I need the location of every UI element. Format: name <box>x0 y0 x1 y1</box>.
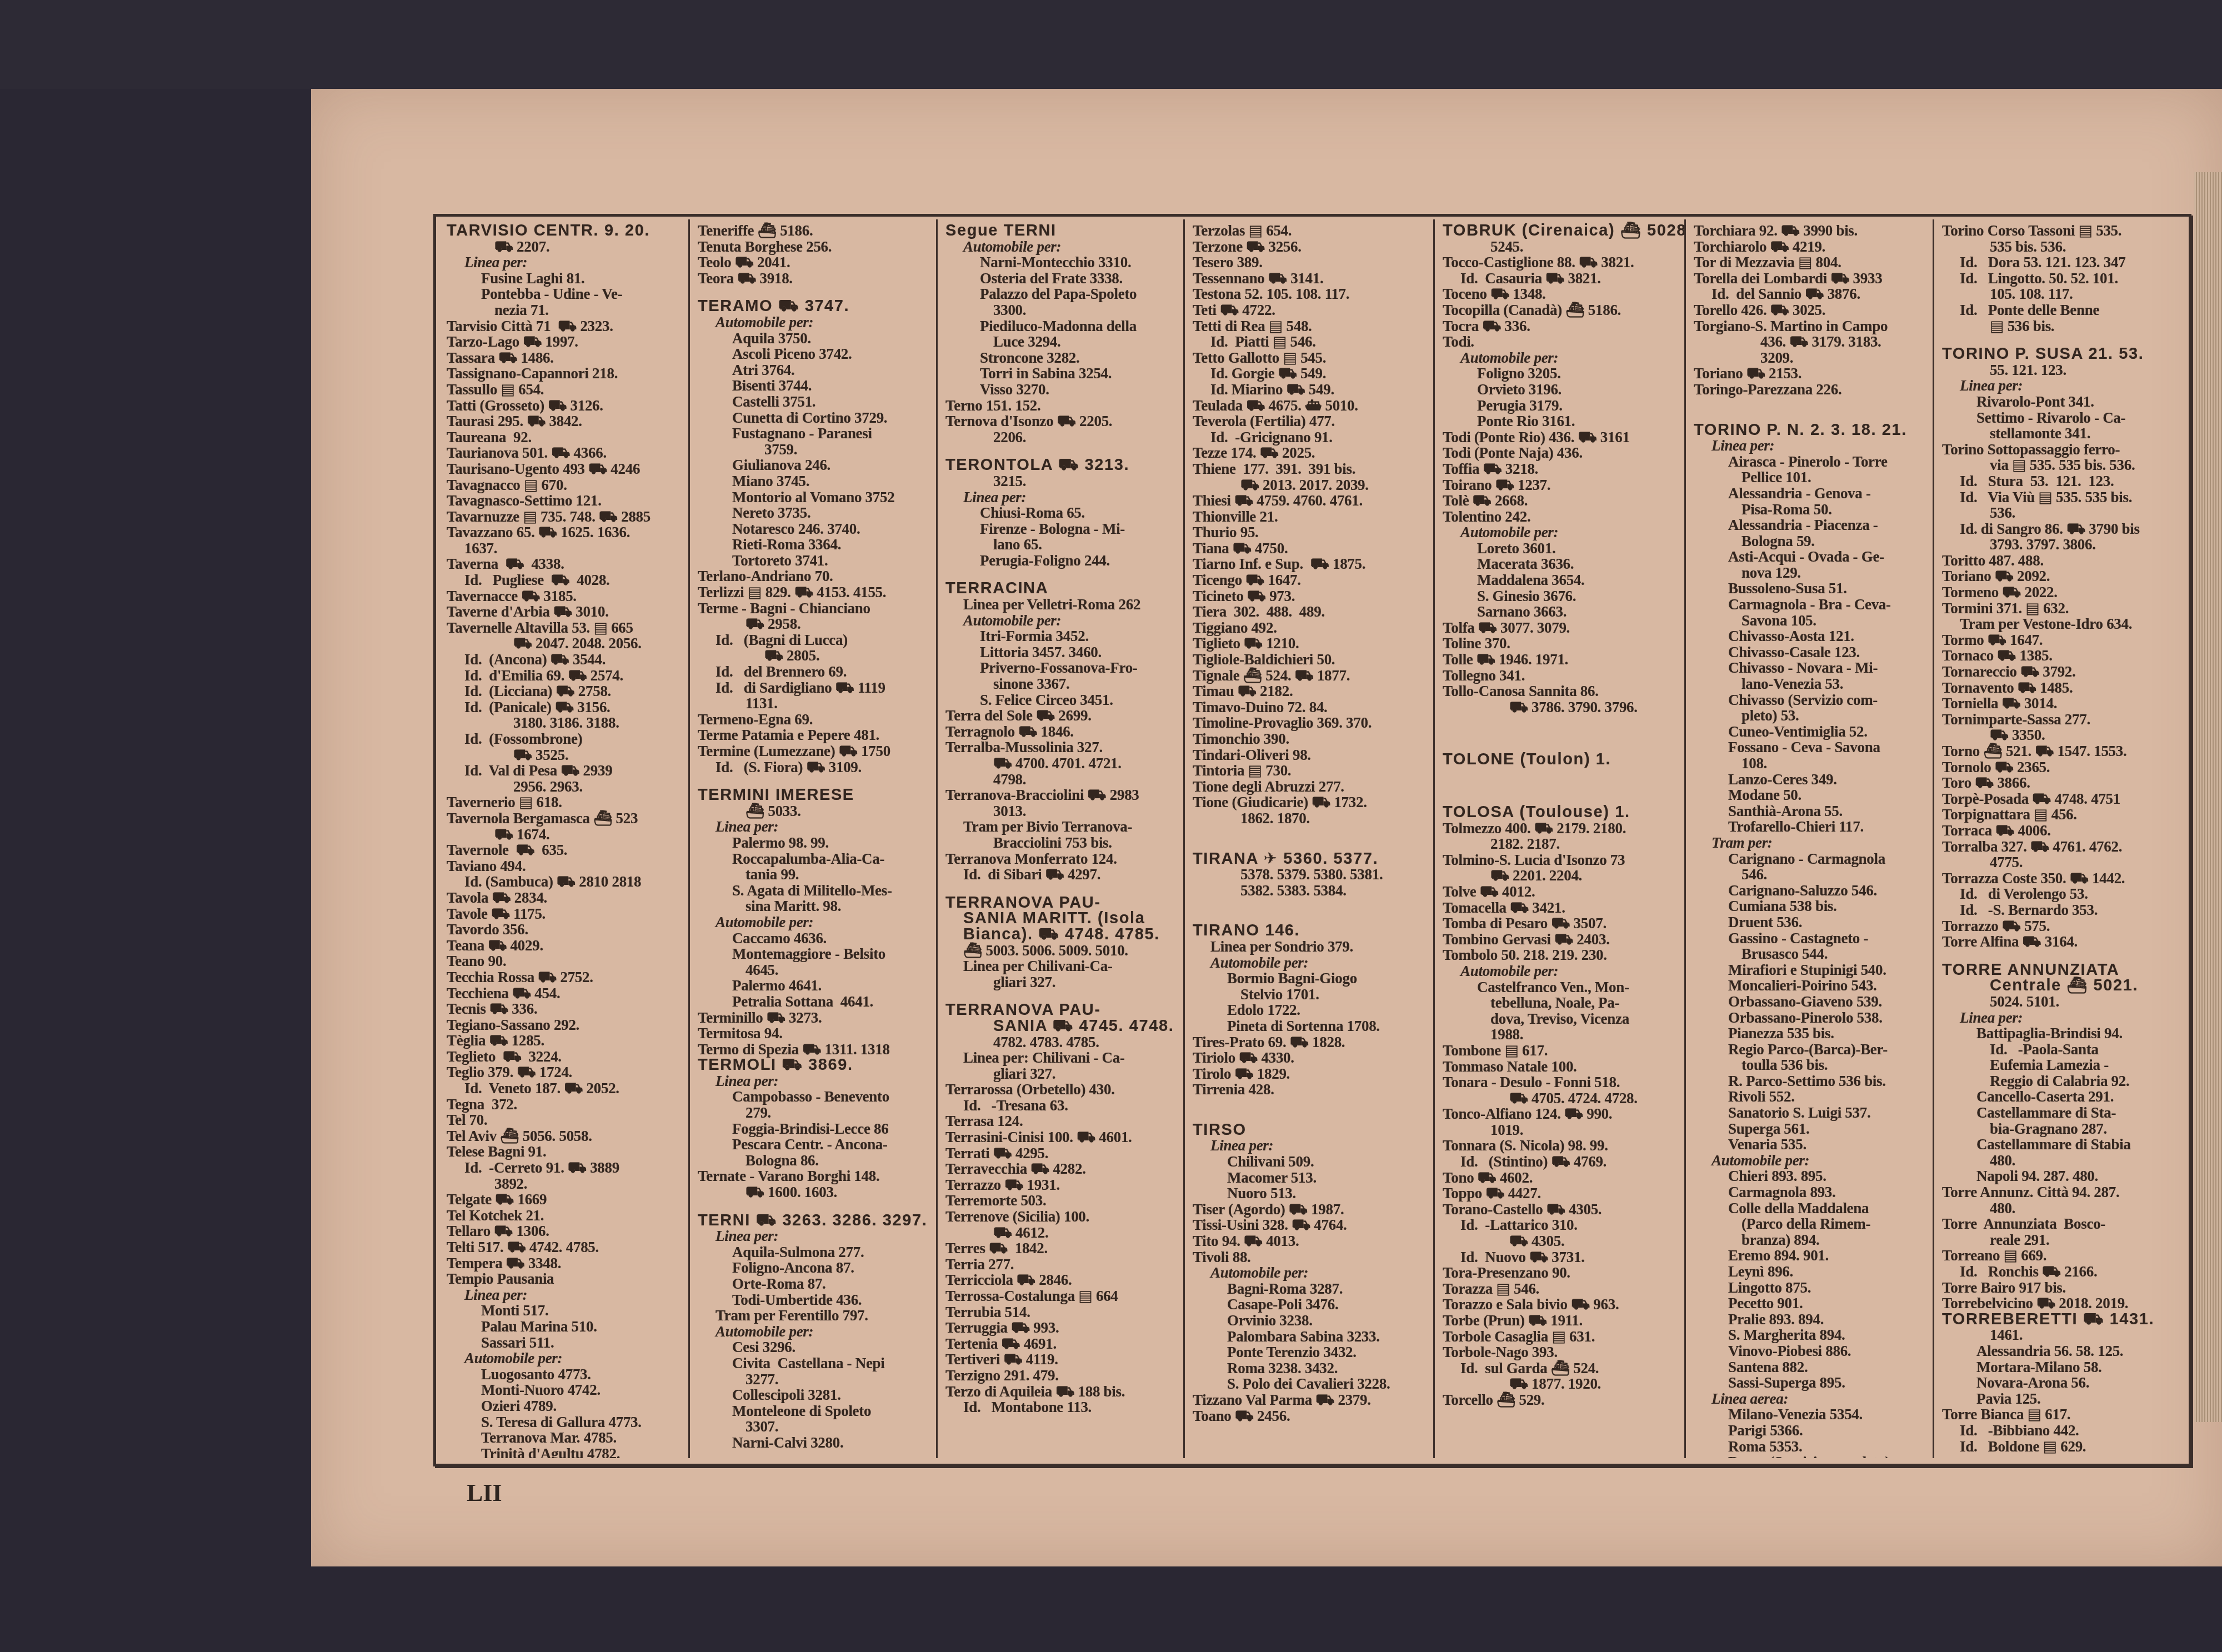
index-entry: S. Teresa di Gallura 4773. <box>447 1414 683 1430</box>
index-entry: Toriano ⛟ 2092. <box>1942 568 2178 584</box>
index-entry: Lingotto 875. <box>1694 1280 1927 1296</box>
index-entry: Stroncone 3282. <box>945 350 1178 366</box>
index-entry: Orte-Roma 87. <box>698 1276 930 1292</box>
index-entry: Firenze - Bologna - Mi- <box>945 521 1178 537</box>
index-entry: Pontebba - Udine - Ve- <box>447 286 683 302</box>
index-entry: Id. Dora 53. 121. 123. 347 <box>1942 254 2178 271</box>
index-entry: Perugia 3179. <box>1443 398 1679 414</box>
index-entry: Terme - Bagni - Chianciano <box>698 600 930 617</box>
index-entry: ⛟ 2047. 2048. 2056. <box>447 635 683 652</box>
index-entry: Chivasso (Servizio com- <box>1694 692 1927 708</box>
index-entry: Tortoreto 3741. <box>698 553 930 569</box>
index-entry: ⛟ 3786. 3790. 3796. <box>1443 699 1679 715</box>
index-entry: Piediluco-Madonna della <box>945 318 1178 334</box>
spacer <box>945 568 1178 580</box>
index-entry: Tissi-Usini 328. ⛟ 4764. <box>1193 1217 1428 1233</box>
spacer <box>698 286 930 298</box>
index-entry: Brusasco 544. <box>1694 946 1927 962</box>
index-entry: Foligno-Ancona 87. <box>698 1260 930 1276</box>
index-heading: TIRANA ✈ 5360. 5377. <box>1193 851 1428 867</box>
index-entry: Telti 517. ⛟ 4742. 4785. <box>447 1239 683 1255</box>
index-entry: Todi-Umbertide 436. <box>698 1292 930 1308</box>
index-entry: Linea per Chilivani-Ca- <box>945 958 1178 974</box>
index-entry: Fossano - Ceva - Savona <box>1694 739 1927 755</box>
index-entry: Tèglia ⛟ 1285. <box>447 1033 683 1049</box>
index-entry: Toritto 487. 488. <box>1942 553 2178 569</box>
index-heading: SANIA MARITT. (Isola <box>945 910 1178 927</box>
index-entry: Macerata 3636. <box>1443 556 1679 572</box>
index-entry: Id. Boldone ▤ 629. <box>1942 1439 2178 1455</box>
index-entry: Automobile per: <box>1443 350 1679 366</box>
index-entry: Toro ⛟ 3866. <box>1942 775 2178 791</box>
index-entry: Linea per: <box>945 489 1178 505</box>
index-heading: TORINO P. SUSA 21. 53. <box>1942 346 2178 362</box>
index-entry: Tiriolo ⛟ 4330. <box>1193 1050 1428 1066</box>
index-entry: nezia 71. <box>447 302 683 318</box>
index-entry: Tegiano-Sassano 292. <box>447 1017 683 1033</box>
index-entry: Timoline-Provaglio 369. 370. <box>1193 715 1428 731</box>
index-entry: Teneriffe ⛴ 5186. <box>698 223 930 239</box>
index-entry: Chivasso-Casale 123. <box>1694 644 1927 660</box>
index-entry: Torno ⛴ 521. ⛟ 1547. 1553. <box>1942 743 2178 759</box>
index-entry: Civita Castellana - Nepi <box>698 1355 930 1371</box>
index-entry: Leynì 896. <box>1694 1264 1927 1280</box>
index-entry: Teglieto ⛟ 3224. <box>447 1049 683 1065</box>
index-entry: Tolè ⛟ 2668. <box>1443 493 1679 509</box>
index-entry: Superga 561. <box>1694 1121 1927 1137</box>
index-entry: lano 65. <box>945 537 1178 553</box>
index-entry: Id. -Tresana 63. <box>945 1098 1178 1114</box>
index-entry: Tertiveri ⛟ 4119. <box>945 1351 1178 1368</box>
index-entry: Torre Annunziata Bosco- <box>1942 1216 2178 1232</box>
index-entry: Linea per: <box>1694 438 1927 454</box>
index-entry: tebelluna, Noale, Pa- <box>1443 995 1679 1011</box>
index-entry: Orvinio 3238. <box>1193 1313 1428 1329</box>
index-entry: Savona 105. <box>1694 613 1927 629</box>
index-entry: ⛟ 2201. 2204. <box>1443 868 1679 884</box>
index-entry: Id. -Cerreto 91. ⛟ 3889 <box>447 1160 683 1176</box>
index-entry: Ticineto ⛟ 973. <box>1193 588 1428 604</box>
index-heading: TOLOSA (Toulouse) 1. <box>1443 804 1679 820</box>
spacer <box>945 883 1178 895</box>
index-entry: sinone 3367. <box>945 676 1178 692</box>
index-heading: TERNI ⛟ 3263. 3286. 3297. <box>698 1213 930 1229</box>
index-entry: Todi. <box>1443 334 1679 350</box>
index-heading: SANIA ⛟ 4745. 4748. <box>945 1018 1178 1034</box>
index-entry: Tavole ⛟ 1175. <box>447 906 683 922</box>
index-entry: Lanzo-Ceres 349. <box>1694 772 1927 788</box>
index-heading: TERAMO ⛟ 3747. <box>698 298 930 314</box>
index-entry: Linea per Sondrio 379. <box>1193 939 1428 955</box>
index-entry: Druent 536. <box>1694 914 1927 930</box>
index-entry: Tavordo 356. <box>447 922 683 938</box>
index-entry: Termitosa 94. <box>698 1025 930 1042</box>
page-stack-edge <box>2194 172 2222 1422</box>
index-entry: Rieti-Roma 3364. <box>698 537 930 553</box>
index-entry: Notaresco 246. 3740. <box>698 521 930 537</box>
spacer <box>698 775 930 787</box>
index-entry: Id. (Stintino) ⛟ 4769. <box>1443 1154 1679 1170</box>
index-entry: Todi (Ponte Naja) 436. <box>1443 445 1679 461</box>
index-entry: Torello 426. ⛟ 3025. <box>1694 302 1927 318</box>
index-entry: 5024. 5101. <box>1942 994 2178 1010</box>
index-entry: Torcello ⛴ 529. <box>1443 1392 1679 1408</box>
index-entry: Visso 3270. <box>945 382 1178 398</box>
index-entry: ⛟ 2207. <box>447 239 683 255</box>
index-column-3: Segue TERNIAutomobile per:Narni-Montecch… <box>938 219 1185 1458</box>
index-entry: Caccamo 4636. <box>698 930 930 947</box>
index-entry: Torralba 327. ⛟ 4761. 4762. <box>1942 839 2178 855</box>
spacer <box>1443 768 1679 780</box>
index-entry: Automobile per: <box>1694 1153 1927 1169</box>
index-entry: Tiarno Inf. e Sup. ⛟ 1875. <box>1193 556 1428 572</box>
index-entry: Sarnano 3663. <box>1443 604 1679 620</box>
index-entry: Pecetto 901. <box>1694 1295 1927 1311</box>
index-entry: Casape-Poli 3476. <box>1193 1296 1428 1313</box>
index-entry: Terno 151. 152. <box>945 398 1178 414</box>
index-entry: Automobile per: <box>698 914 930 930</box>
index-entry: Orbassano-Pinerolo 538. <box>1694 1010 1927 1026</box>
index-entry: Tonco-Alfiano 124. ⛟ 990. <box>1443 1106 1679 1122</box>
index-entry: Torbe (Prun) ⛟ 1911. <box>1443 1313 1679 1329</box>
index-entry: Tavernerio ▤ 618. <box>447 794 683 810</box>
index-entry: Tor di Mezzavia ▤ 804. <box>1694 254 1927 271</box>
index-entry: Id. di Sardigliano ⛟ 1119 <box>698 680 930 696</box>
index-entry: Asti-Acqui - Ovada - Ge- <box>1694 549 1927 565</box>
index-entry: 3300. <box>945 302 1178 318</box>
spacer <box>1193 910 1428 923</box>
index-entry: 436. ⛟ 3179. 3183. <box>1694 334 1927 350</box>
index-entry: Termo di Spezia ⛟ 1311. 1318 <box>698 1042 930 1058</box>
index-entry: S. Margherita 894. <box>1694 1327 1927 1343</box>
index-entry: Terrazzo ⛟ 1931. <box>945 1177 1178 1193</box>
index-entry: Toffia ⛟ 3218. <box>1443 461 1679 477</box>
index-entry: Tormini 371. ▤ 632. <box>1942 600 2178 617</box>
index-entry: Ozieri 4789. <box>447 1398 683 1414</box>
index-entry: Teora ⛟ 3918. <box>698 271 930 287</box>
index-entry: Tassignano-Capannori 218. <box>447 366 683 382</box>
index-entry: 1988. <box>1443 1027 1679 1043</box>
index-entry: sina Maritt. 98. <box>698 898 930 914</box>
index-entry: Terria 277. <box>945 1256 1178 1273</box>
index-entry: Cancello-Caserta 291. <box>1942 1089 2178 1105</box>
index-entry: Linea aerea: <box>1694 1391 1927 1407</box>
index-entry: Pellice 101. <box>1694 469 1927 485</box>
page-number: LII <box>467 1479 502 1507</box>
spacer <box>1443 792 1679 804</box>
index-entry: Id. d'Emilia 69. ⛟ 2574. <box>447 668 683 684</box>
index-entry: Reggio di Calabria 92. <box>1942 1073 2178 1089</box>
index-entry: Tecnis ⛟ 336. <box>447 1001 683 1017</box>
index-entry: Pisa-Roma 50. <box>1694 502 1927 518</box>
index-entry: Automobile per: <box>945 239 1178 255</box>
index-entry: Id. Miarino ⛟ 549. <box>1193 382 1428 398</box>
index-entry: 1131. <box>698 695 930 712</box>
index-entry: Torchiara 92. ⛟ 3990 bis. <box>1694 223 1927 239</box>
index-entry: Torpignattara ▤ 456. <box>1942 807 2178 823</box>
index-column-7: Torino Corso Tassoni ▤ 535.535 bis. 536.… <box>1934 219 2183 1458</box>
index-entry: Tiser (Agordo) ⛟ 1987. <box>1193 1202 1428 1218</box>
index-entry: Terra del Sole ⛟ 2699. <box>945 708 1178 724</box>
index-entry: Torre Bairo 917 bis. <box>1942 1280 2178 1296</box>
index-entry: Id. di Sangro 86. ⛟ 3790 bis <box>1942 521 2178 537</box>
index-entry: Tiana ⛟ 4750. <box>1193 540 1428 557</box>
index-entry: Tormeno ⛟ 2022. <box>1942 584 2178 600</box>
index-entry: 5382. 5383. 5384. <box>1193 883 1428 899</box>
index-entry: Id. Casauria ⛟ 3821. <box>1443 271 1679 287</box>
index-entry: 480. <box>1942 1200 2178 1217</box>
index-entry: Petralia Sottana 4641. <box>698 994 930 1010</box>
index-column-2: Teneriffe ⛴ 5186.Tenuta Borghese 256.Teo… <box>690 219 938 1458</box>
index-column-5: TOBRUK (Cirenaica) ⛴ 50285245.Tocco-Cast… <box>1435 219 1686 1458</box>
index-entry: Tornimparte-Sassa 277. <box>1942 712 2178 728</box>
index-entry: Tindari-Oliveri 98. <box>1193 747 1428 763</box>
index-entry: Tocopilla (Canadà) ⛴ 5186. <box>1443 302 1679 318</box>
index-entry: ⛟ 1674. <box>447 827 683 843</box>
index-entry: Teverola (Fertilia) 477. <box>1193 413 1428 429</box>
index-entry: Terrasa 124. <box>945 1113 1178 1129</box>
index-entry: Santhià-Arona 55. <box>1694 803 1927 819</box>
index-entry: S. Ginesio 3676. <box>1443 588 1679 604</box>
index-entry: 3180. 3186. 3188. <box>447 715 683 731</box>
index-entry: Terralba-Mussolinia 327. <box>945 739 1178 755</box>
index-entry: Terrati ⛟ 4295. <box>945 1145 1178 1162</box>
index-entry: Loreto 3601. <box>1443 540 1679 557</box>
index-entry: Fustagnano - Paranesi <box>698 425 930 442</box>
index-entry: Edolo 1722. <box>1193 1002 1428 1018</box>
index-entry: Littoria 3457. 3460. <box>945 644 1178 660</box>
index-entry: Thiene 177. 391. 391 bis. <box>1193 461 1428 477</box>
index-column-6: Torchiara 92. ⛟ 3990 bis.Torchiarolo ⛟ 4… <box>1686 219 1934 1458</box>
spacer <box>698 1200 930 1213</box>
spacer <box>1694 410 1927 422</box>
index-entry: Sanatorio S. Luigi 537. <box>1694 1105 1927 1121</box>
spacer <box>1193 898 1428 910</box>
index-entry: Ticengo ⛟ 1647. <box>1193 572 1428 588</box>
index-entry: Torreano ▤ 669. <box>1942 1248 2178 1264</box>
index-entry: Tavernelle Altavilla 53. ▤ 665 <box>447 620 683 636</box>
index-entry: Id. sul Garda ⛴ 524. <box>1443 1360 1679 1376</box>
index-entry: Torbole Casaglia ▤ 631. <box>1443 1329 1679 1345</box>
index-entry: Id. Nuovo ⛟ 3731. <box>1443 1249 1679 1265</box>
index-entry: Id. Ponte delle Benne <box>1942 302 2178 318</box>
index-entry: Teglio 379. ⛟ 1724. <box>447 1064 683 1080</box>
index-entry: ⛟ 4612. <box>945 1225 1178 1241</box>
index-entry: Tocra ⛟ 336. <box>1443 318 1679 334</box>
index-entry: Linea per: <box>447 1287 683 1303</box>
index-entry: Id. (Licciana) ⛟ 2758. <box>447 683 683 699</box>
index-heading: TORREBERETTI ⛟ 1431. <box>1942 1311 2178 1328</box>
index-heading: TORRE ANNUNZIATA <box>1942 962 2178 978</box>
index-entry: Maddalena 3654. <box>1443 572 1679 588</box>
index-entry: Carignano - Carmagnola <box>1694 851 1927 867</box>
index-heading: TERRANOVA PAU- <box>945 1002 1178 1018</box>
index-entry: Tertenia ⛟ 4691. <box>945 1336 1178 1352</box>
index-entry: Mirafiori e Stupinigi 540. <box>1694 962 1927 978</box>
index-entry: Bussoleno-Susa 51. <box>1694 580 1927 597</box>
index-entry: Palermo 4641. <box>698 978 930 994</box>
index-entry: Tatti (Grosseto) ⛟ 3126. <box>447 398 683 414</box>
index-entry: Milano-Venezia 5354. <box>1694 1406 1927 1423</box>
index-entry: 279. <box>698 1105 930 1121</box>
index-entry: Tram per: <box>1694 835 1927 851</box>
index-entry: Airasca - Pinerolo - Torre <box>1694 454 1927 470</box>
index-entry: 55. 121. 123. <box>1942 362 2178 378</box>
index-entry: Carignano-Saluzzo 546. <box>1694 883 1927 899</box>
index-entry: Thiesi ⛟ 4759. 4760. 4761. <box>1193 493 1428 509</box>
index-entry: Id. di Verolengo 53. <box>1942 886 2178 902</box>
index-entry: Taviano 494. <box>447 858 683 874</box>
index-entry: Terres ⛟ 1842. <box>945 1240 1178 1256</box>
index-entry: Tesero 389. <box>1193 254 1428 271</box>
index-entry: 480. <box>1942 1153 2178 1169</box>
index-entry: Tavernacce ⛟ 3185. <box>447 588 683 604</box>
index-heading: TOBRUK (Cirenaica) ⛴ 5028 <box>1443 223 1679 239</box>
index-entry: Tezze 174. ⛟ 2025. <box>1193 445 1428 461</box>
index-entry: Torgiano-S. Martino in Campo <box>1694 318 1927 334</box>
index-entry: Torrazza Coste 350. ⛟ 1442. <box>1942 870 2178 887</box>
index-heading: TERMOLI ⛟ 3869. <box>698 1057 930 1073</box>
index-entry: Eremo 894. 901. <box>1694 1248 1927 1264</box>
index-entry: Id. (Ancona) ⛟ 3544. <box>447 652 683 668</box>
index-entry: Automobile per: <box>1443 524 1679 540</box>
index-entry: Torchiarolo ⛟ 4219. <box>1694 239 1927 255</box>
index-entry: Terlizzi ▤ 829. ⛟ 4153. 4155. <box>698 584 930 600</box>
index-entry: Tombolo 50. 218. 219. 230. <box>1443 947 1679 963</box>
index-entry: Timavo-Duino 72. 84. <box>1193 699 1428 715</box>
index-entry: Tombone ▤ 617. <box>1443 1043 1679 1059</box>
index-entry: 3209. <box>1694 350 1927 366</box>
index-entry: 536. <box>1942 505 2178 521</box>
index-entry: Teulada ⛟ 4675. ⛴ 5010. <box>1193 398 1428 414</box>
index-entry: Tolle ⛟ 1946. 1971. <box>1443 652 1679 668</box>
index-entry: Toano ⛟ 2456. <box>1193 1408 1428 1424</box>
index-entry: Terricciola ⛟ 2846. <box>945 1272 1178 1288</box>
index-entry: Roccapalumba-Alia-Ca- <box>698 851 930 867</box>
index-entry: pleto) 53. <box>1694 708 1927 724</box>
index-entry: S. Agata di Militello-Mes- <box>698 883 930 899</box>
index-entry: Terragnolo ⛟ 1846. <box>945 724 1178 740</box>
index-heading: TORINO P. N. 2. 3. 18. 21. <box>1694 422 1927 438</box>
index-entry: Bagni-Roma 3287. <box>1193 1281 1428 1297</box>
index-entry: Tombino Gervasi ⛟ 2403. <box>1443 932 1679 948</box>
index-entry: Tolfa ⛟ 3077. 3079. <box>1443 620 1679 636</box>
index-entry: Tempera ⛟ 3348. <box>447 1255 683 1271</box>
index-entry: Linea per: <box>1942 378 2178 394</box>
index-entry: Regio Parco-(Barca)-Ber- <box>1694 1042 1927 1058</box>
index-entry: Tel 70. <box>447 1112 683 1128</box>
index-entry: Teti ⛟ 4722. <box>1193 302 1428 318</box>
index-entry: Nuoro 513. <box>1193 1185 1428 1202</box>
index-entry: Terzo di Aquileia ⛟ 188 bis. <box>945 1384 1178 1400</box>
index-entry: Foggia-Brindisi-Lecce 86 <box>698 1121 930 1137</box>
index-entry: Toringo-Parezzana 226. <box>1694 382 1927 398</box>
index-entry: Carmagnola 893. <box>1694 1184 1927 1200</box>
index-entry: Id. Val di Pesa ⛟ 2939 <box>447 763 683 779</box>
index-heading: Centrale ⛴ 5021. <box>1942 978 2178 994</box>
index-entry: Tommaso Natale 100. <box>1443 1059 1679 1075</box>
index-entry: 3013. <box>945 803 1178 819</box>
index-entry: Taureana 92. <box>447 429 683 445</box>
index-entry: Itri-Formia 3452. <box>945 628 1178 644</box>
spacer <box>1193 1110 1428 1122</box>
index-entry: Tolmezzo 400. ⛟ 2179. 2180. <box>1443 820 1679 837</box>
index-entry: Id. del Sannio ⛟ 3876. <box>1694 286 1927 302</box>
index-entry: Tecchiena ⛟ 454. <box>447 985 683 1002</box>
index-entry: 5245. <box>1443 239 1679 255</box>
index-entry: Tornavento ⛟ 1485. <box>1942 680 2178 696</box>
index-entry: Tomba di Pesaro ⛟ 3507. <box>1443 915 1679 932</box>
spacer <box>945 990 1178 1002</box>
index-entry: Tornareccio ⛟ 3792. <box>1942 664 2178 680</box>
index-entry: branza) 894. <box>1694 1232 1927 1248</box>
index-entry: Torre Alfina ⛟ 3164. <box>1942 934 2178 950</box>
index-entry: Tintoria ▤ 730. <box>1193 763 1428 779</box>
index-entry: 1461. <box>1942 1327 2178 1343</box>
index-entry: Tel Aviv ⛴ 5056. 5058. <box>447 1128 683 1144</box>
spacer <box>1443 727 1679 739</box>
index-entry: Montorio al Vomano 3752 <box>698 489 930 505</box>
index-entry: Aquila-Sulmona 277. <box>698 1244 930 1260</box>
index-entry: Torella dei Lombardi ⛟ 3933 <box>1694 271 1927 287</box>
index-entry: Rivoli 552. <box>1694 1089 1927 1105</box>
index-entry: Tavazzano 65. ⛟ 1625. 1636. <box>447 524 683 540</box>
index-entry: Stelvio 1701. <box>1193 987 1428 1003</box>
index-entry: Tassullo ▤ 654. <box>447 382 683 398</box>
index-entry: Terzone ⛟ 3256. <box>1193 239 1428 255</box>
spacer <box>1193 839 1428 851</box>
index-entry: Torazza ▤ 546. <box>1443 1281 1679 1297</box>
spacer <box>1942 334 2178 346</box>
index-entry: Castellammare di Stabia <box>1942 1137 2178 1153</box>
index-entry: Tavernole ⛟ 635. <box>447 842 683 858</box>
index-entry: Venaria 535. <box>1694 1137 1927 1153</box>
index-entry: Palau Marina 510. <box>447 1319 683 1335</box>
index-entry: Pavia 125. <box>1942 1391 2178 1407</box>
index-entry: Rivarolo-Pont 341. <box>1942 394 2178 410</box>
index-entry: Palombara Sabina 3233. <box>1193 1329 1428 1345</box>
index-entry: Torpè-Posada ⛟ 4748. 4751 <box>1942 791 2178 807</box>
index-entry: Todi (Ponte Rio) 436. ⛟ 3161 <box>1443 429 1679 445</box>
index-entry: Thurio 95. <box>1193 524 1428 540</box>
index-entry: 108. <box>1694 755 1927 772</box>
index-entry: toulla 536 bis. <box>1694 1057 1927 1073</box>
index-entry: Nereto 3735. <box>698 505 930 521</box>
spacer <box>1193 1098 1428 1110</box>
index-entry: 1862. 1870. <box>1193 810 1428 827</box>
index-entry: 4782. 4783. 4785. <box>945 1034 1178 1050</box>
index-entry: Trinità d'Agultu 4782. <box>447 1446 683 1458</box>
index-entry: 2956. 2963. <box>447 779 683 795</box>
index-entry: Roma (Servizio completo) <box>1694 1454 1927 1458</box>
index-entry: Linea per: <box>447 254 683 271</box>
index-entry: Teana ⛟ 4029. <box>447 938 683 954</box>
spacer <box>1942 950 2178 962</box>
index-entry: Cuneo-Ventimiglia 52. <box>1694 724 1927 740</box>
spacer <box>945 445 1178 457</box>
index-entry: Terranova-Bracciolini ⛟ 2983 <box>945 787 1178 803</box>
index-entry: 3793. 3797. 3806. <box>1942 537 2178 553</box>
index-entry: S. Felice Circeo 3451. <box>945 692 1178 708</box>
index-entry: Pianezza 535 bis. <box>1694 1025 1927 1042</box>
index-entry: Luogosanto 4773. <box>447 1366 683 1383</box>
index-entry: Id. -Gricignano 91. <box>1193 429 1428 445</box>
index-entry: Ponte Rio 3161. <box>1443 413 1679 429</box>
spacer <box>1443 739 1679 752</box>
index-entry: Automobile per: <box>945 613 1178 629</box>
index-entry: Tivoli 88. <box>1193 1249 1428 1265</box>
index-entry: Thionville 21. <box>1193 509 1428 525</box>
